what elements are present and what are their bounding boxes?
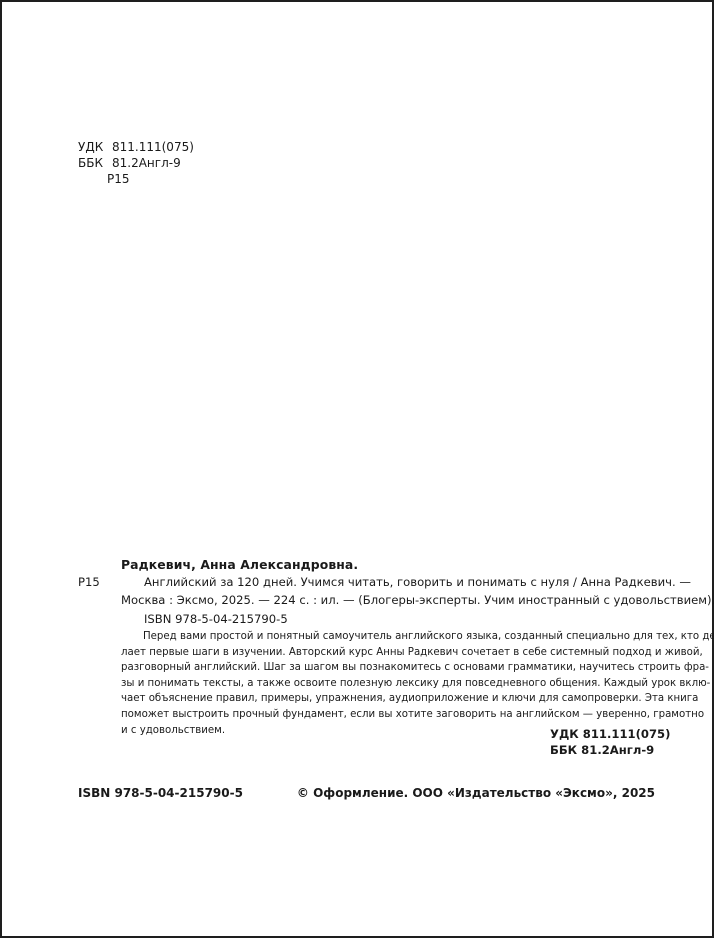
abstract-line: лает первые шаги в изучении. Авторский к… xyxy=(121,645,655,661)
udk-value: 811.111(075) xyxy=(112,139,194,155)
record-isbn: ISBN 978-5-04-215790-5 xyxy=(144,612,288,626)
imprint-page: УДК 811.111(075) ББК 81.2Англ-9 Р15 Радк… xyxy=(0,0,714,938)
bbk-row: ББК 81.2Англ-9 xyxy=(78,155,194,171)
abstract-line: разговорный английский. Шаг за шагом вы … xyxy=(121,660,655,676)
abstract-line: поможет выстроить прочный фундамент, есл… xyxy=(121,707,655,723)
udk-label: УДК xyxy=(78,139,112,155)
record-title-line-1: Английский за 120 дней. Учимся читать, г… xyxy=(144,573,691,591)
abstract-line: зы и понимать тексты, а также освоите по… xyxy=(121,676,655,692)
bbk-label: ББК xyxy=(78,155,112,171)
record-author: Радкевич, Анна Александровна. xyxy=(121,557,358,572)
abstract-line: чает объяснение правил, примеры, упражне… xyxy=(121,691,655,707)
bbk-value: 81.2Англ-9 xyxy=(112,155,181,171)
record-author-mark: Р15 xyxy=(78,575,100,589)
record-udk: УДК 811.111(075) xyxy=(550,726,670,742)
record-bbk: ББК 81.2Англ-9 xyxy=(550,742,670,758)
author-mark-top: Р15 xyxy=(78,171,194,187)
abstract-line: Перед вами простой и понятный самоучител… xyxy=(121,629,655,645)
udk-row: УДК 811.111(075) xyxy=(78,139,194,155)
classification-block-top: УДК 811.111(075) ББК 81.2Англ-9 Р15 xyxy=(78,139,194,187)
footer-copyright: © Оформление. ООО «Издательство «Эксмо»,… xyxy=(297,786,655,800)
record-title-line-2: Москва : Эксмо, 2025. — 224 с. : ил. — (… xyxy=(121,591,714,609)
footer-isbn: ISBN 978-5-04-215790-5 xyxy=(78,786,243,800)
record-abstract: Перед вами простой и понятный самоучител… xyxy=(121,629,655,738)
classification-block-bottom: УДК 811.111(075) ББК 81.2Англ-9 xyxy=(550,726,670,758)
